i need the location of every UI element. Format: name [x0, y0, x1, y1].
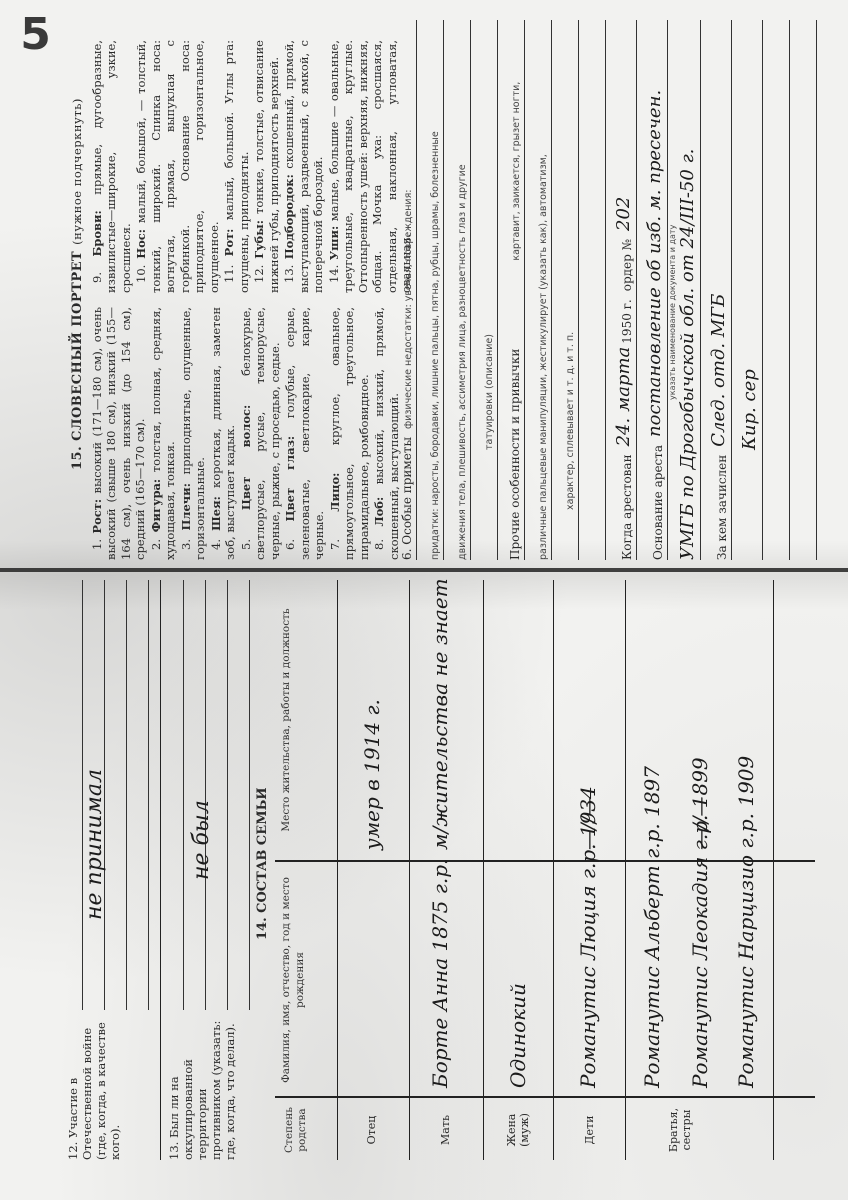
col-place-header: Место жительства, работы и должность	[279, 580, 293, 860]
family-table-header: Степень родства Фамилия, имя, отчество, …	[275, 580, 338, 1160]
page-number: 5	[20, 9, 51, 60]
questions-section: 12. Участие в Отечественной войне (где, …	[60, 580, 260, 1160]
family-row-spouse: Жена (муж) Одинокий	[485, 580, 554, 1160]
question-12-label: 12. Участие в Отечественной войне (где, …	[60, 1010, 150, 1160]
features-hint-row: придатки: наросты, бородавки, лишние пал…	[417, 20, 444, 560]
blank-row	[790, 20, 817, 560]
special-features-section: 6. Особые приметы физические недостатки:…	[390, 20, 820, 560]
family-row-mother: Мать Борте Анна 1875 г.р. м/жительства н…	[411, 580, 484, 1160]
question-13-lines: не был	[161, 580, 261, 1010]
question-13-answer: не был	[189, 800, 214, 880]
family-row-siblings-2: Романутис Леокадия г.р. 1899 —//—	[677, 580, 723, 1160]
family-row-father: Отец умер в 1914 г.	[337, 580, 410, 1160]
question-12: 12. Участие в Отечественной войне (где, …	[60, 580, 150, 1160]
portrait-column-right: 9. Брови: прямые, дугообразные, извилист…	[90, 40, 415, 293]
col-relation-header: Степень родства	[283, 1100, 309, 1160]
page-fold-divider	[0, 568, 848, 572]
question-13-label: 13. Был ли на оккупированной территории …	[161, 1010, 261, 1160]
registered-by-continued-row: Кир. сер	[732, 20, 763, 560]
features-hint-row: движения тела, плешивость, ассиметрия ли…	[444, 20, 471, 560]
features-hint-row: татуировки (описание)	[471, 20, 498, 560]
question-12-answer: не принимал	[82, 769, 107, 920]
features-hint-row: различные пальцевые манипуляции, жестику…	[525, 20, 552, 560]
col-name-header: Фамилия, имя, отчество, год и место рожд…	[279, 870, 307, 1090]
family-row-siblings-1: Братья, сестры Романутис Альберт г.р. 18…	[627, 580, 677, 1160]
registered-by-row: За кем зачислен След. отд. МГБ	[701, 20, 732, 560]
portrait-column-left: 1. Рост: высокий (171—180 см), очень выс…	[90, 307, 415, 560]
portrait-title: 15. СЛОВЕСНЫЙ ПОРТРЕТ(нужное подчеркнуть…	[70, 40, 86, 470]
family-row-siblings-3: Романутис Нарцизио г.р. 1909	[723, 580, 774, 1160]
other-features-row: Прочие особенности и привычки картавит, …	[498, 20, 525, 560]
rotated-form-page: 5 12. Участие в Отечественной войне (где…	[0, 0, 848, 1200]
family-title: 14. СОСТАВ СЕМЬИ	[255, 787, 270, 940]
arrest-basis-continued-row: указать наименование документа и дату УМ…	[668, 20, 701, 560]
blank-row	[579, 20, 606, 560]
family-row-children: Дети Романутис Люция г.р. 1934 —//—	[555, 580, 626, 1160]
arrest-date-row: Когда арестован 24. марта 1950 г. ордер …	[606, 20, 637, 560]
verbal-portrait-section: 15. СЛОВЕСНЫЙ ПОРТРЕТ(нужное подчеркнуть…	[70, 40, 440, 560]
special-marks-row: 6. Особые приметы физические недостатки:…	[390, 20, 417, 560]
blank-row	[763, 20, 790, 560]
family-composition-table: 14. СОСТАВ СЕМЬИ Степень родства Фамилия…	[255, 580, 815, 1160]
arrest-basis-row: Основание ареста постановление об изб. м…	[637, 20, 668, 560]
features-hint-row: характер, сплевывает и т. д. и т. п.	[552, 20, 579, 560]
scanned-document: 5 12. Участие в Отечественной войне (где…	[0, 0, 848, 1200]
question-13: 13. Был ли на оккупированной территории …	[160, 580, 261, 1160]
question-12-lines: не принимал	[60, 580, 150, 1010]
